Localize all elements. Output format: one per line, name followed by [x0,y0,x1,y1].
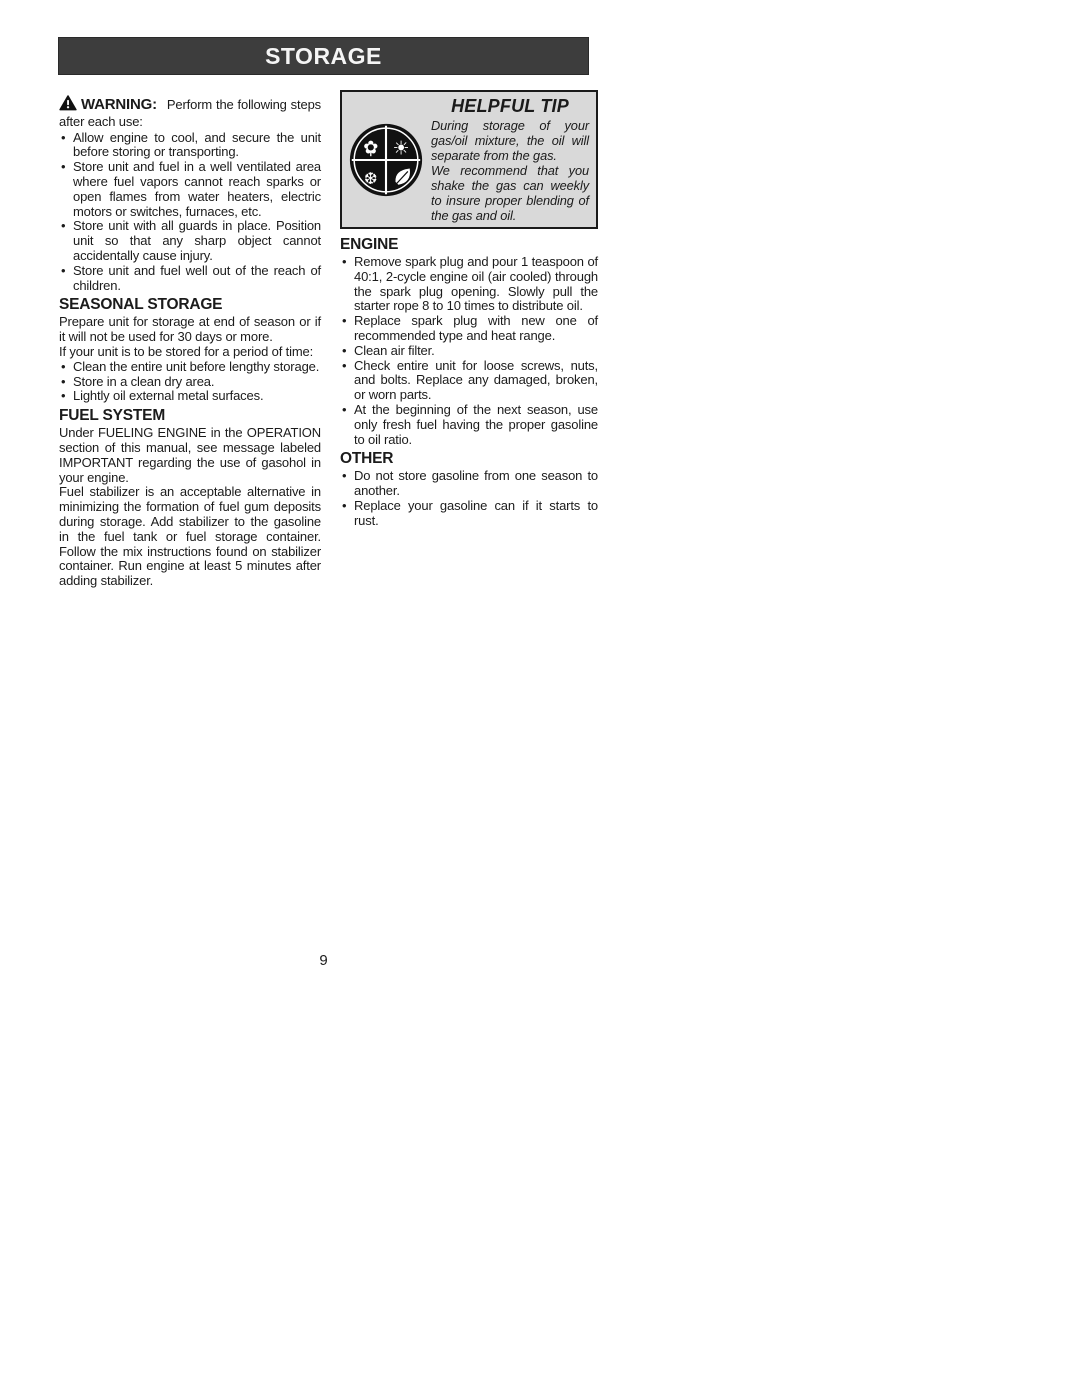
svg-text:☀: ☀ [393,137,410,159]
left-column: WARNING:Perform the following steps afte… [59,95,321,589]
svg-text:❆: ❆ [364,168,378,187]
manual-page: STORAGE WARNING:Perform the following st… [0,0,1080,1397]
warning-paragraph: WARNING:Perform the following steps afte… [59,95,321,130]
engine-bullet-3: Clean air filter. [340,344,598,359]
seasonal-storage-paragraph-1: Prepare unit for storage at end of seaso… [59,315,321,345]
warning-bullet-3: Store unit with all guards in place. Pos… [59,219,321,263]
other-heading: OTHER [340,450,598,468]
warning-bullet-2: Store unit and fuel in a well ventilated… [59,160,321,219]
four-seasons-icon: ✿ ☀ ❆ [348,122,424,198]
engine-bullet-4: Check entire unit for loose screws, nuts… [340,359,598,403]
other-bullet-2: Replace your gasoline can if it starts t… [340,499,598,529]
helpful-tip-content: HELPFUL TIP During storage of your gas/o… [431,96,589,223]
helpful-tip-box: ✿ ☀ ❆ HELPFUL TIP During storage of your… [340,90,598,229]
fuel-system-paragraph-2: Fuel stabilizer is an acceptable alterna… [59,485,321,589]
warning-triangle-icon [59,95,77,115]
seasonal-storage-paragraph-2: If your unit is to be stored for a perio… [59,345,321,360]
engine-bullet-5: At the beginning of the next season, use… [340,403,598,447]
warning-bullet-4: Store unit and fuel well out of the reac… [59,264,321,294]
helpful-tip-paragraph-2: We recommend that you shake the gas can … [431,163,589,223]
fuel-system-heading: FUEL SYSTEM [59,407,321,425]
seasonal-storage-bullet-1: Clean the entire unit before lengthy sto… [59,360,321,375]
page-title: STORAGE [265,43,382,70]
warning-label: WARNING: [81,96,157,113]
engine-heading: ENGINE [340,236,598,254]
warning-bullet-1: Allow engine to cool, and secure the uni… [59,131,321,161]
page-number: 9 [58,952,589,969]
other-bullet-1: Do not store gasoline from one season to… [340,469,598,499]
engine-bullet-2: Replace spark plug with new one of recom… [340,314,598,344]
helpful-tip-paragraph-1: During storage of your gas/oil mixture, … [431,118,589,163]
fuel-system-paragraph-1: Under FUELING ENGINE in the OPERATION se… [59,426,321,485]
seasonal-storage-heading: SEASONAL STORAGE [59,296,321,314]
right-column: ✿ ☀ ❆ HELPFUL TIP During storage of your… [340,90,598,529]
engine-bullet-1: Remove spark plug and pour 1 teaspoon of… [340,255,598,314]
seasonal-storage-bullet-2: Store in a clean dry area. [59,375,321,390]
seasonal-storage-bullet-3: Lightly oil external metal surfaces. [59,389,321,404]
helpful-tip-title: HELPFUL TIP [431,96,589,117]
section-header-bar: STORAGE [58,37,589,75]
